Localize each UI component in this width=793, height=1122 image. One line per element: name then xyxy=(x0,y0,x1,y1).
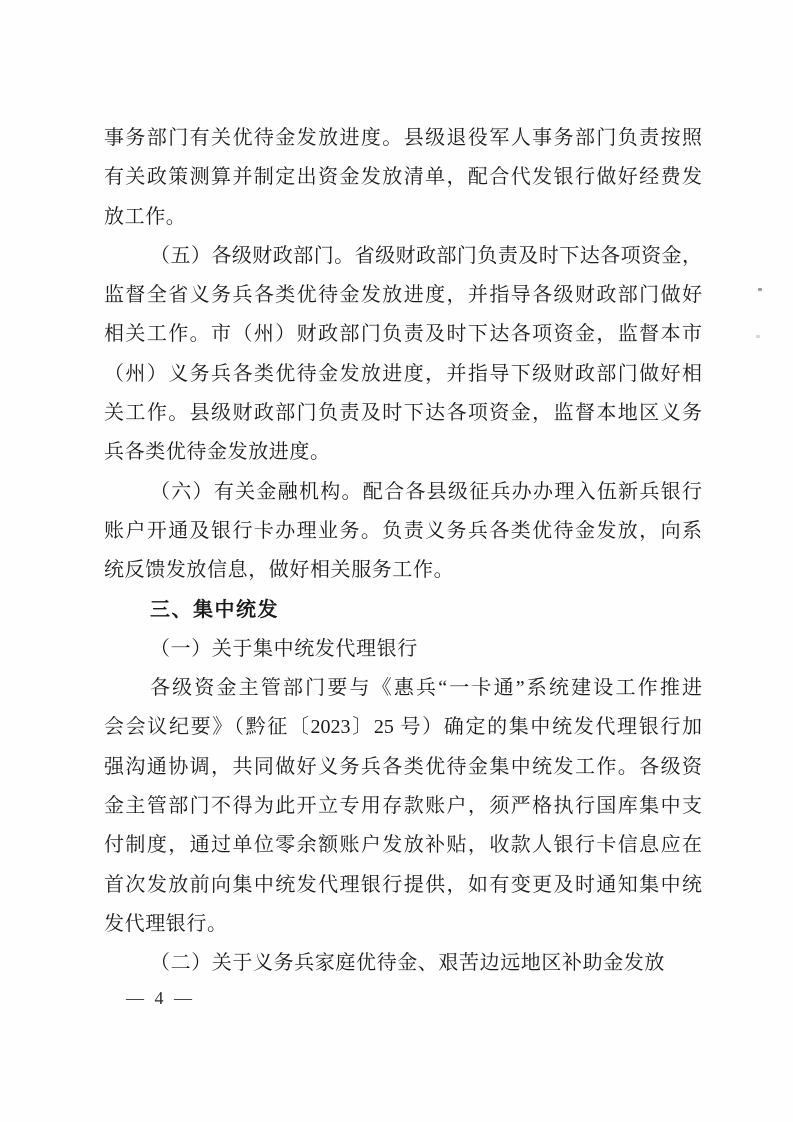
section-heading-line: 三、集中统发 xyxy=(104,591,702,630)
text-line: （六）有关金融机构。配合各县级征兵办办理入伍新兵银行 xyxy=(104,473,702,512)
text-line: 发代理银行。 xyxy=(104,905,702,944)
text-line: 各级资金主管部门要与《惠兵“一卡通”系统建设工作推进 xyxy=(104,669,702,708)
text-line: （州）义务兵各类优待金发放进度，并指导下级财政部门做好相 xyxy=(104,355,702,394)
text-line: 付制度，通过单位零余额账户发放补贴，收款人银行卡信息应在 xyxy=(104,826,702,865)
text-line: 相关工作。市（州）财政部门负责及时下达各项资金，监督本市 xyxy=(104,315,702,354)
text-line: （二）关于义务兵家庭优待金、艰苦边远地区补助金发放 xyxy=(104,944,702,983)
text-line: （五）各级财政部门。省级财政部门负责及时下达各项资金， xyxy=(104,237,702,276)
text-line: 关工作。县级财政部门负责及时下达各项资金，监督本地区义务 xyxy=(104,394,702,433)
text-line: 统反馈发放信息，做好相关服务工作。 xyxy=(104,551,702,590)
page-number: — 4 — xyxy=(126,988,195,1009)
scan-artifact xyxy=(756,335,760,338)
text-line: 事务部门有关优待金发放进度。县级退役军人事务部门负责按照 xyxy=(104,119,702,158)
scan-artifact xyxy=(758,288,762,291)
text-line: （一）关于集中统发代理银行 xyxy=(104,630,702,669)
document-page: 事务部门有关优待金发放进度。县级退役军人事务部门负责按照有关政策测算并制定出资金… xyxy=(0,0,793,1122)
text-block: 事务部门有关优待金发放进度。县级退役军人事务部门负责按照有关政策测算并制定出资金… xyxy=(104,119,702,984)
text-line: 有关政策测算并制定出资金发放清单，配合代发银行做好经费发 xyxy=(104,158,702,197)
text-line: 监督全省义务兵各类优待金发放进度，并指导各级财政部门做好 xyxy=(104,276,702,315)
text-line: 兵各类优待金发放进度。 xyxy=(104,433,702,472)
text-line: 金主管部门不得为此开立专用存款账户，须严格执行国库集中支 xyxy=(104,787,702,826)
text-line: 强沟通协调，共同做好义务兵各类优待金集中统发工作。各级资 xyxy=(104,748,702,787)
text-line: 账户开通及银行卡办理业务。负责义务兵各类优待金发放，向系 xyxy=(104,512,702,551)
text-line: 放工作。 xyxy=(104,198,702,237)
text-line: 首次发放前向集中统发代理银行提供，如有变更及时通知集中统 xyxy=(104,866,702,905)
text-line: 会会议纪要》（黔征〔2023〕25 号）确定的集中统发代理银行加 xyxy=(104,708,702,747)
